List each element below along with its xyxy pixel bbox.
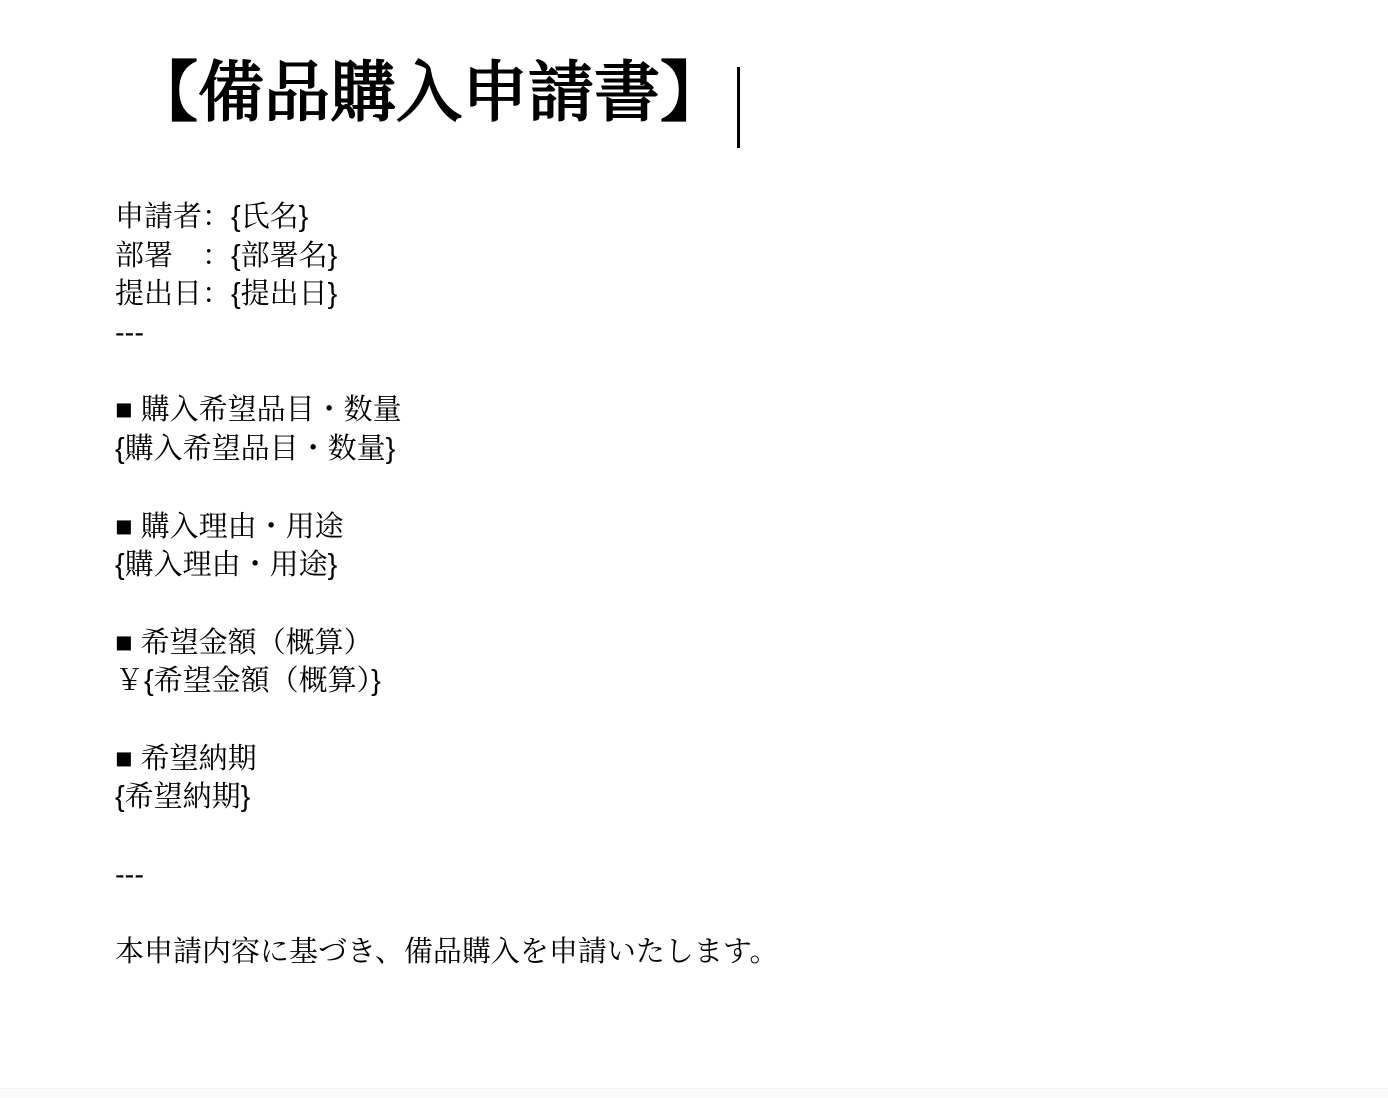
section-estimated-amount-placeholder[interactable]: ￥{希望金額（概算）} [115, 662, 779, 701]
blank-line[interactable] [115, 701, 779, 740]
closing-statement-line[interactable]: 本申請内容に基づき、備品購入を申請いたします。 [115, 933, 779, 972]
separator-line[interactable]: --- [115, 856, 779, 895]
blank-line[interactable] [115, 817, 779, 856]
field-department-line[interactable]: 部署 ：{部署名} [115, 237, 779, 276]
document-title[interactable]: 【備品購入申請書】 [132, 50, 726, 134]
section-items-quantity-placeholder[interactable]: {購入希望品目・数量} [115, 430, 779, 469]
document-body[interactable]: 申請者：{氏名} 部署 ：{部署名} 提出日：{提出日} --- ■ 購入希望品… [115, 198, 779, 972]
blank-line[interactable] [115, 894, 779, 933]
field-submission-date-line[interactable]: 提出日：{提出日} [115, 275, 779, 314]
section-purchase-reason-heading[interactable]: ■ 購入理由・用途 [115, 508, 779, 547]
page-bottom-edge [0, 1088, 1388, 1098]
section-desired-delivery-heading[interactable]: ■ 希望納期 [115, 740, 779, 779]
separator-line[interactable]: --- [115, 314, 779, 353]
field-applicant-line[interactable]: 申請者：{氏名} [115, 198, 779, 237]
blank-line[interactable] [115, 469, 779, 508]
document-page: 【備品購入申請書】 申請者：{氏名} 部署 ：{部署名} 提出日：{提出日} -… [0, 0, 1388, 1098]
section-items-quantity-heading[interactable]: ■ 購入希望品目・数量 [115, 391, 779, 430]
blank-line[interactable] [115, 353, 779, 392]
section-estimated-amount-heading[interactable]: ■ 希望金額（概算） [115, 624, 779, 663]
blank-line[interactable] [115, 585, 779, 624]
section-desired-delivery-placeholder[interactable]: {希望納期} [115, 778, 779, 817]
section-purchase-reason-placeholder[interactable]: {購入理由・用途} [115, 546, 779, 585]
text-cursor-caret [737, 67, 740, 148]
